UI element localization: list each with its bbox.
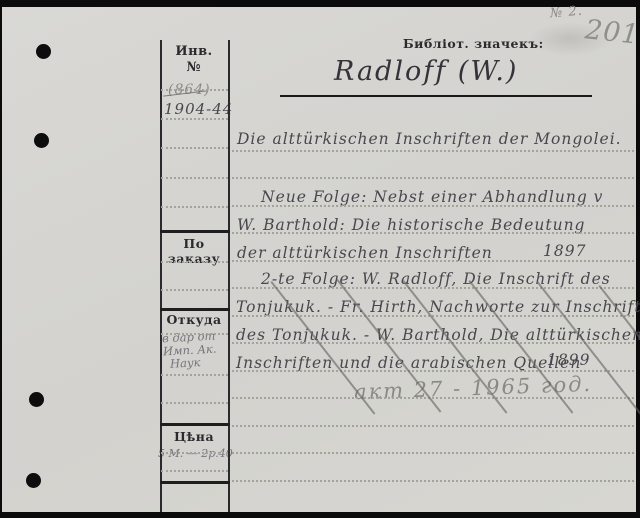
- main-dotted-rule: [232, 397, 634, 399]
- title-line: Die alttürkischen Inschriften der Mongol…: [237, 130, 622, 148]
- origin-note-line3: Наук: [170, 355, 201, 371]
- main-dotted-rule: [232, 452, 634, 454]
- author-heading: Radloff (W.): [334, 56, 518, 87]
- main-dotted-rule: [232, 177, 634, 179]
- column-dotted-rule: [161, 89, 228, 91]
- entry1-line1: Neue Folge: Nebst einer Abhandlung v: [261, 188, 603, 206]
- punch-hole: [29, 392, 44, 407]
- library-mark-label: Библіот. значекъ:: [403, 36, 544, 51]
- column-dotted-rule: [161, 261, 228, 263]
- author-underline: [280, 95, 592, 97]
- catalog-card-scan: № 2. 201 Библіот. значекъ: Radloff (W.) …: [0, 0, 640, 518]
- section-divider-rule: [160, 230, 230, 233]
- inventory-number: 1904-44: [164, 100, 233, 118]
- main-dotted-rule: [232, 150, 634, 152]
- section-divider-rule: [160, 423, 230, 426]
- column-dotted-rule: [161, 289, 228, 291]
- column-dotted-rule: [161, 118, 228, 120]
- main-dotted-rule: [232, 205, 634, 207]
- main-dotted-rule: [232, 425, 634, 427]
- main-dotted-rule: [232, 370, 634, 372]
- column-dotted-rule: [161, 206, 228, 208]
- column-vertical-rule: [160, 40, 162, 512]
- punch-hole: [34, 133, 49, 148]
- corner-note: № 2.: [549, 4, 583, 22]
- main-dotted-rule: [232, 287, 634, 289]
- corner-accession-number: 201: [584, 14, 640, 51]
- punch-hole: [26, 473, 41, 488]
- entry2-line1: 2-te Folge: W. Radloff, Die Inschrift de…: [261, 270, 611, 288]
- column-dotted-rule: [161, 333, 228, 335]
- column-dotted-rule: [161, 177, 228, 179]
- punch-hole: [36, 44, 51, 59]
- entry2-year: 1899: [547, 351, 590, 369]
- column-dotted-rule: [161, 470, 228, 472]
- column-dotted-rule: [161, 374, 228, 376]
- main-dotted-rule: [232, 480, 634, 482]
- inventory-label-line1: Инв.: [160, 44, 228, 59]
- column-vertical-rule: [228, 40, 230, 512]
- main-dotted-rule: [232, 342, 634, 344]
- price-label: Цѣна: [160, 429, 228, 444]
- column-dotted-rule: [161, 452, 228, 454]
- inventory-label-line2: №: [160, 60, 228, 75]
- column-dotted-rule: [161, 402, 228, 404]
- main-dotted-rule: [232, 260, 634, 262]
- origin-label: Откуда: [160, 312, 228, 327]
- main-dotted-rule: [232, 232, 634, 234]
- entry1-year: 1897: [543, 242, 586, 260]
- section-divider-rule: [160, 481, 230, 484]
- section-divider-rule: [160, 308, 230, 311]
- column-dotted-rule: [161, 147, 228, 149]
